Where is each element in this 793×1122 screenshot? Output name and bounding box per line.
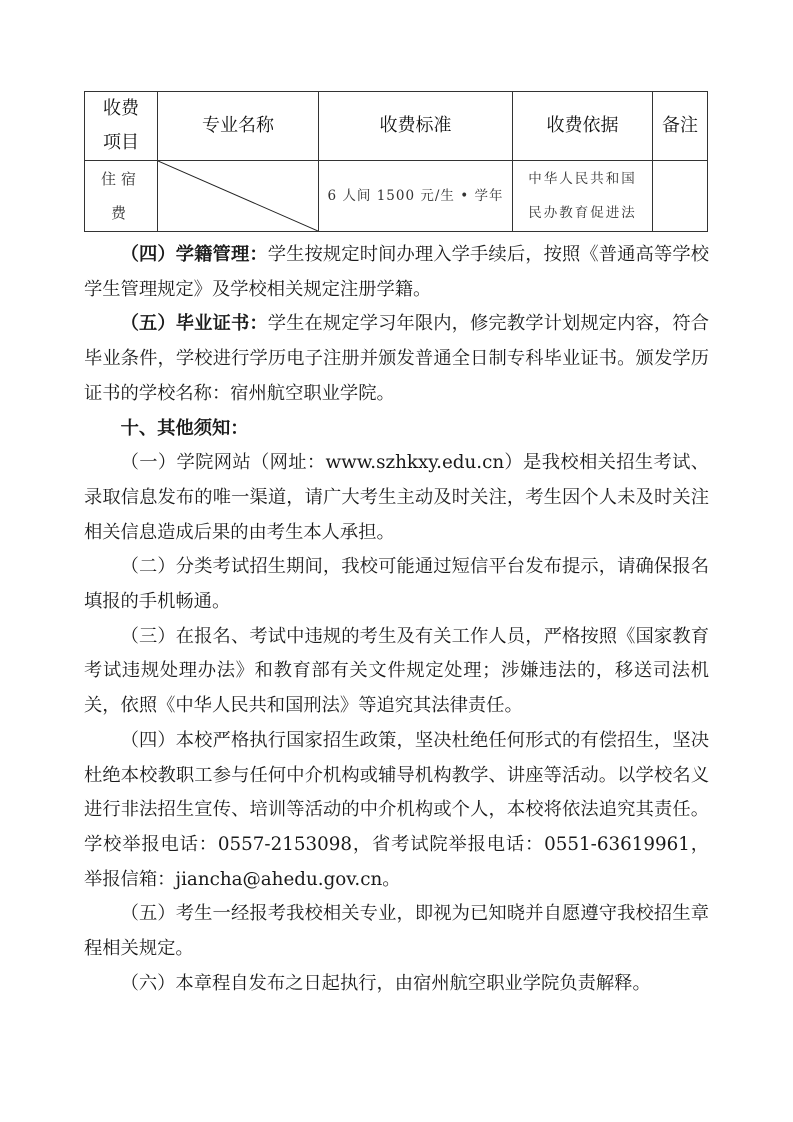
header-standard: 收费标准	[319, 92, 513, 161]
cell-major	[158, 161, 319, 232]
header-major: 专业名称	[158, 92, 319, 161]
header-basis: 收费依据	[513, 92, 653, 161]
note-item: （四）本校严格执行国家招生政策，坚决杜绝任何形式的有偿招生，坚决杜绝本校教职工参…	[84, 724, 709, 898]
table-header-row: 收费项目 专业名称 收费标准 收费依据 备注	[85, 92, 708, 161]
note-item: （二）分类考试招生期间，我校可能通过短信平台发布提示，请确保报名填报的手机畅通。	[84, 550, 709, 619]
paragraph-certificate: （五）毕业证书：学生在规定学习年限内，修完教学计划规定内容，符合毕业条件，学校进…	[84, 307, 709, 411]
document-body: （四）学籍管理：学生按规定时间办理入学手续后，按照《普通高等学校学生管理规定》及…	[84, 238, 709, 1001]
cell-standard: 6 人间 1500 元/生 • 学年	[319, 161, 513, 232]
section-heading-other-notes: 十、其他须知：	[84, 412, 709, 447]
certificate-label: （五）毕业证书：	[121, 313, 268, 334]
cell-basis: 中华人民共和国民办教育促进法	[513, 161, 653, 232]
diagonal-line	[158, 161, 318, 231]
note-item: （六）本章程自发布之日起执行，由宿州航空职业学院负责解释。	[84, 967, 709, 1002]
note-item: （五）考生一经报考我校相关专业，即视为已知晓并自愿遵守我校招生章程相关规定。	[84, 897, 709, 966]
note-item: （一）学院网站（网址：www.szhkxy.edu.cn）是我校相关招生考试、录…	[84, 446, 709, 550]
fee-table: 收费项目 专业名称 收费标准 收费依据 备注 住宿费 6 人间 1500 元/生…	[84, 91, 708, 232]
cell-remark	[653, 161, 708, 232]
table-row: 住宿费 6 人间 1500 元/生 • 学年 中华人民共和国民办教育促进法	[85, 161, 708, 232]
note-item: （三）在报名、考试中违规的考生及有关工作人员，严格按照《国家教育考试违规处理办法…	[84, 620, 709, 724]
cell-item: 住宿费	[85, 161, 158, 232]
header-item: 收费项目	[85, 92, 158, 161]
enrollment-label: （四）学籍管理：	[121, 244, 268, 265]
paragraph-enrollment: （四）学籍管理：学生按规定时间办理入学手续后，按照《普通高等学校学生管理规定》及…	[84, 238, 709, 307]
header-remark: 备注	[653, 92, 708, 161]
